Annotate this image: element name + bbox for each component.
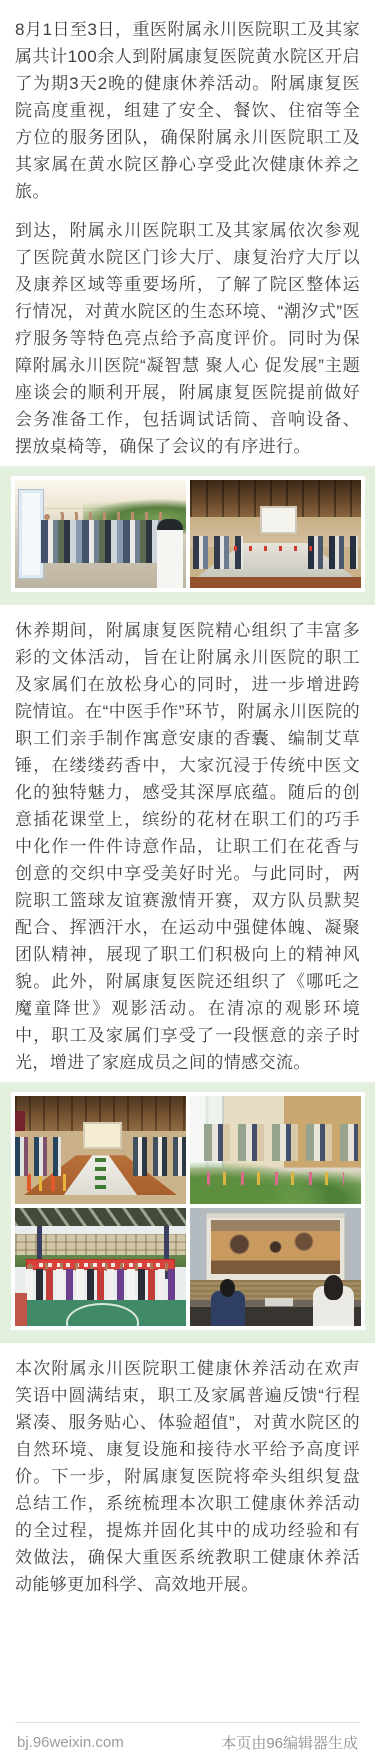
- flower-class-meeting-room-photo[interactable]: [15, 1096, 186, 1204]
- water-bottles: [234, 546, 316, 551]
- viewer-silhouette-left: [211, 1291, 245, 1326]
- participants-left: [15, 1137, 61, 1176]
- visiting-crowd: [41, 520, 164, 563]
- projector: [265, 1298, 292, 1306]
- guide-in-white-coat: [157, 519, 183, 588]
- paragraph-intro: 8月1日至3日，重医附属永川医院职工及其家属共计100余人到附属康复医院黄水院区…: [15, 16, 360, 205]
- site-link[interactable]: bj.96weixin.com: [17, 1734, 124, 1751]
- photo-gallery-1: [0, 466, 375, 605]
- attendees-left: [193, 536, 243, 568]
- basketball-friendly-match-team-photo[interactable]: [15, 1208, 186, 1326]
- attendees-right: [308, 536, 358, 568]
- court-red-strip: [15, 1293, 27, 1326]
- page-footer: bj.96weixin.com 本页由96编辑器生成: [15, 1722, 360, 1759]
- basketball-players-row: [25, 1269, 176, 1302]
- projection-screen: [260, 506, 296, 534]
- article-body-2: 休养期间，附属康复医院精心组织了丰富多彩的文体活动，旨在让附属永川医院的职工及家…: [0, 605, 375, 1076]
- article-body-3: 本次附属永川医院职工健康休养活动在欢声笑语中圆满结束，职工及家属普遍反馈“行程紧…: [0, 1343, 375, 1598]
- paragraph-arrival-tour: 到达，附属永川医院职工及其家属依次参观了医院黄水院区门诊大厅、康复治疗大厅以及康…: [15, 217, 360, 460]
- photo-card-2: [11, 1092, 365, 1330]
- viewer-silhouette-right: [313, 1286, 354, 1326]
- wood-floor: [190, 577, 361, 588]
- photo-gallery-2: [0, 1082, 375, 1343]
- article-body: 8月1日至3日，重医附属永川医院职工及其家属共计100余人到附属康复医院黄水院区…: [0, 0, 375, 460]
- craft-items: [27, 1174, 71, 1191]
- flower-arranging-closeup-photo[interactable]: [190, 1096, 361, 1204]
- court-roof-truss: [15, 1208, 186, 1226]
- movie-screening-room-photo[interactable]: [190, 1208, 361, 1326]
- display-board: [18, 489, 44, 580]
- movie-scene: [211, 1220, 341, 1274]
- generator-note: 本页由96编辑器生成: [221, 1732, 358, 1753]
- participants-right: [133, 1137, 186, 1176]
- hospital-campus-visit-group-photo[interactable]: [15, 480, 186, 588]
- paragraph-activities: 休养期间，附属康复医院精心组织了丰富多彩的文体活动，旨在让附属永川医院的职工及家…: [15, 617, 360, 1076]
- seminar-conference-room-photo[interactable]: [190, 480, 361, 588]
- paragraph-conclusion: 本次附属永川医院职工健康休养活动在欢声笑语中圆满结束，职工及家属普遍反馈“行程紧…: [15, 1355, 360, 1598]
- flower-arrangements: [95, 1158, 105, 1193]
- photo-card-1: [11, 476, 365, 592]
- flower-blooms: [207, 1172, 344, 1185]
- projection-screen: [83, 1122, 121, 1149]
